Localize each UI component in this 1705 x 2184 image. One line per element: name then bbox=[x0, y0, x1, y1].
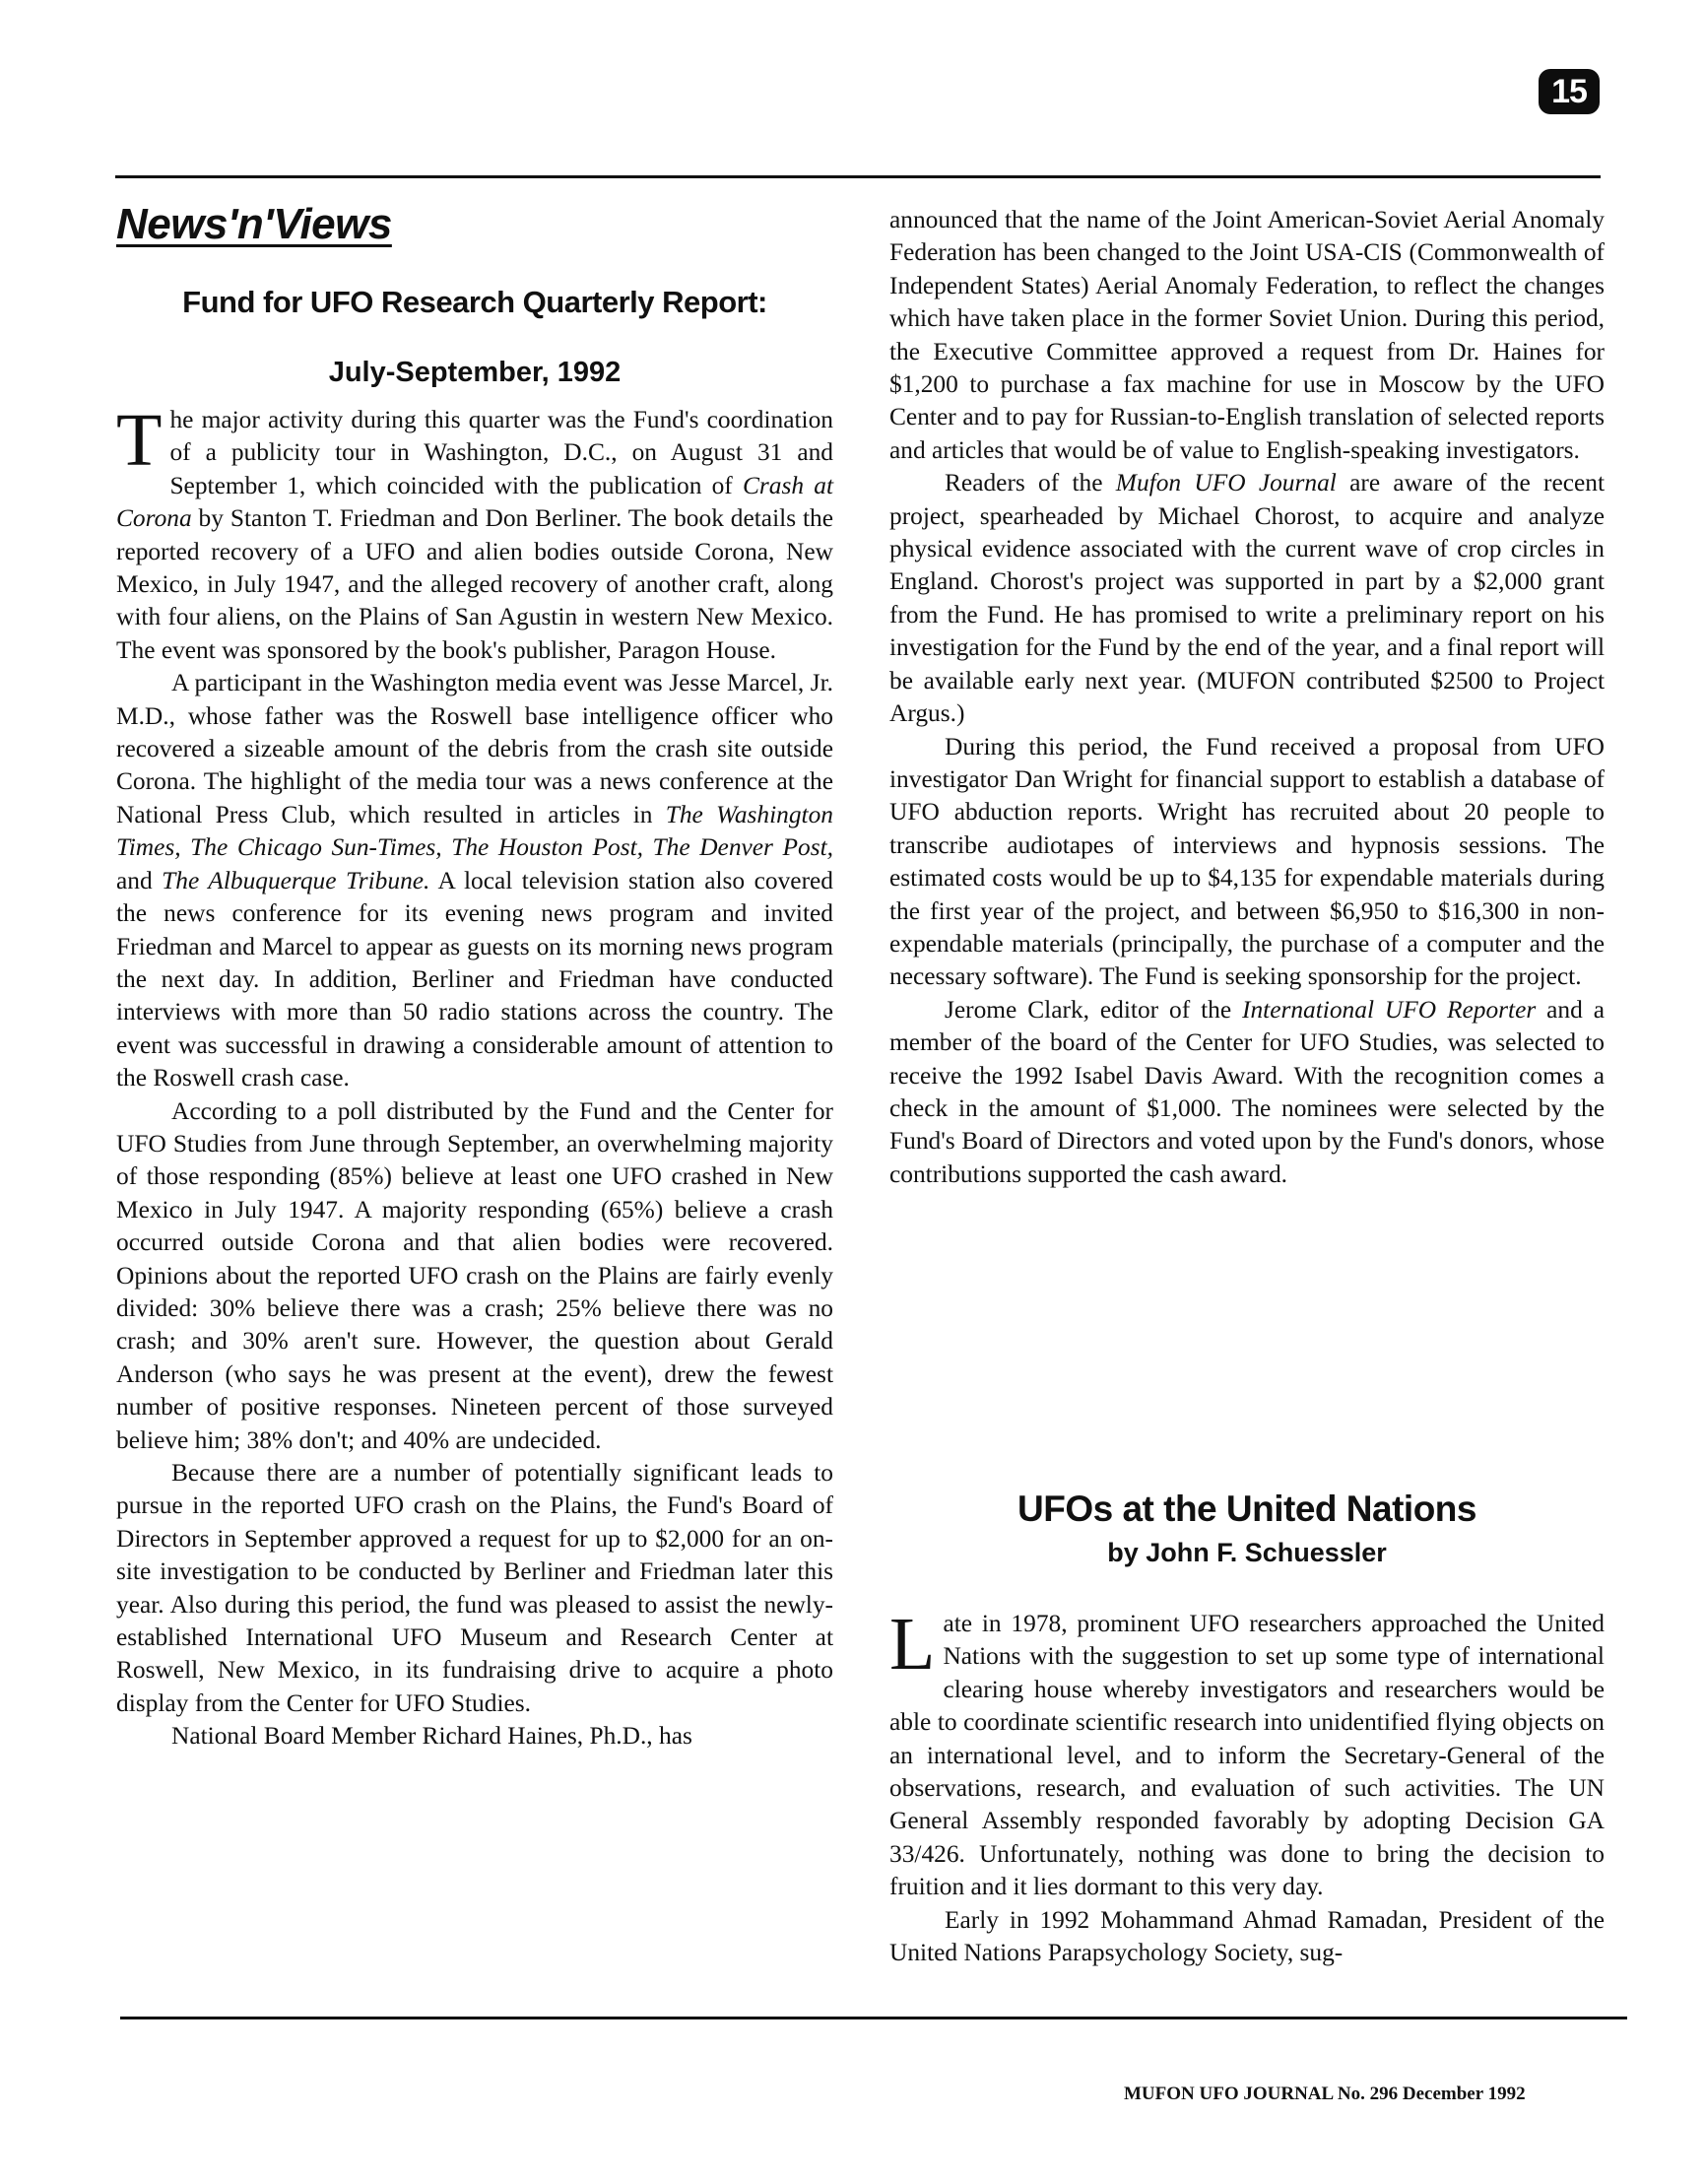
paragraph-5-continued: announced that the name of the Joint Ame… bbox=[889, 204, 1605, 467]
drop-cap: T bbox=[116, 409, 162, 470]
journal-name: Mufon UFO Journal bbox=[1116, 469, 1337, 496]
article2-paragraph-1: Late in 1978, prominent UFO researchers … bbox=[889, 1608, 1605, 1904]
article-un: UFOs at the United Nations by John F. Sc… bbox=[889, 1488, 1605, 1969]
publication-name: International UFO Reporter bbox=[1242, 996, 1536, 1024]
article-subhead-date: July-September, 1992 bbox=[116, 355, 833, 390]
paragraph-7: During this period, the Fund received a … bbox=[889, 731, 1605, 994]
article2-title: UFOs at the United Nations bbox=[889, 1488, 1605, 1531]
drop-cap: L bbox=[889, 1613, 935, 1674]
paragraph-6: Readers of the Mufon UFO Journal are awa… bbox=[889, 467, 1605, 730]
paragraph-2: A participant in the Washington media ev… bbox=[116, 667, 833, 1094]
paragraph-1: The major activity during this quarter w… bbox=[116, 404, 833, 667]
article-headline: Fund for UFO Research Quarterly Report: bbox=[116, 284, 833, 321]
left-column: News'n'Views Fund for UFO Research Quart… bbox=[116, 197, 833, 1754]
page-number-badge: 15 bbox=[1539, 69, 1600, 114]
paragraph-8: Jerome Clark, editor of the Internationa… bbox=[889, 994, 1605, 1191]
article2-byline: by John F. Schuessler bbox=[889, 1535, 1605, 1570]
top-rule-divider bbox=[115, 175, 1601, 178]
right-column: announced that the name of the Joint Ame… bbox=[889, 204, 1605, 1191]
paragraph-5: National Board Member Richard Haines, Ph… bbox=[116, 1720, 833, 1753]
article2-paragraph-2: Early in 1992 Mohammand Ahmad Ramadan, P… bbox=[889, 1904, 1605, 1970]
paragraph-3: According to a poll distributed by the F… bbox=[116, 1095, 833, 1457]
publication-name: The Albuquerque Tribune. bbox=[162, 867, 429, 894]
paragraph-4: Because there are a number of potentiall… bbox=[116, 1457, 833, 1720]
bottom-rule-divider bbox=[120, 2017, 1627, 2019]
footer-journal-info: MUFON UFO JOURNAL No. 296 December 1992 bbox=[1124, 2084, 1526, 2105]
section-title: News'n'Views bbox=[116, 197, 833, 252]
